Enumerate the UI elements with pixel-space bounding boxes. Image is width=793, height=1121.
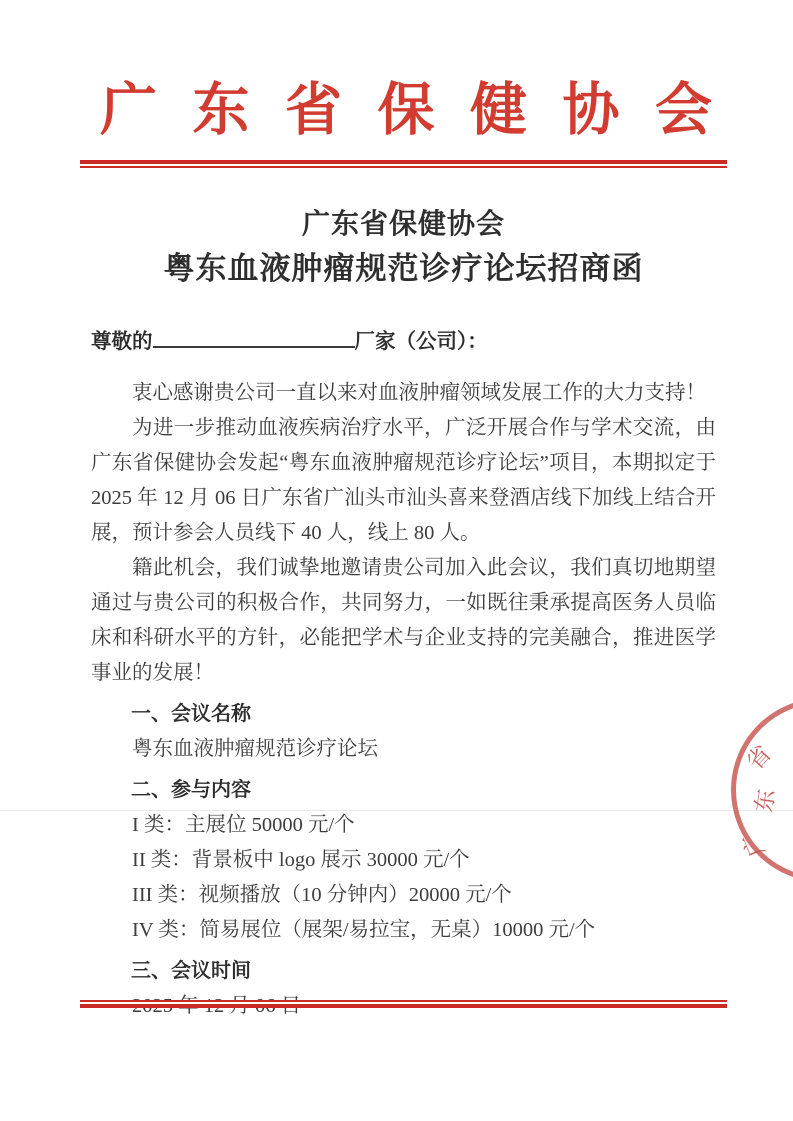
document-title: 广东省保健协会 粤东血液肿瘤规范诊疗论坛招商函 bbox=[91, 204, 716, 292]
org-name-char: 东 bbox=[193, 78, 250, 144]
rule-thick-line bbox=[80, 1004, 727, 1008]
section2-heading: 二、参与内容 bbox=[91, 773, 716, 808]
scan-artifact-line bbox=[0, 810, 793, 811]
section1-heading: 一、会议名称 bbox=[91, 697, 716, 732]
paragraph-event-intro: 为进一步推动血液疾病治疗水平，广泛开展合作与学术交流，由广东省保健协会发起“粤东… bbox=[91, 411, 716, 551]
paragraph-invitation: 籍此机会，我们诚挚地邀请贵公司加入此会议，我们真切地期望通过与贵公司的积极合作，… bbox=[91, 551, 716, 691]
document-title-line1: 广东省保健协会 bbox=[91, 204, 716, 246]
org-name-char: 省 bbox=[285, 78, 342, 144]
letter-body: 衷心感谢贵公司一直以来对血液肿瘤领域发展工作的大力支持！ 为进一步推动血液疾病治… bbox=[91, 376, 716, 1024]
sponsor-tier-item: IV 类：简易展位（展架/易拉宝，无桌）10000 元/个 bbox=[91, 913, 716, 948]
sponsor-tier-item: III 类：视频播放（10 分钟内）20000 元/个 bbox=[91, 878, 716, 913]
seal-character: 东 bbox=[746, 787, 782, 814]
salutation: 尊敬的厂家（公司）： bbox=[91, 326, 731, 357]
sponsor-tier-item: I 类：主展位 50000 元/个 bbox=[91, 808, 716, 843]
sponsor-tier-item: II 类：背景板中 logo 展示 30000 元/个 bbox=[91, 843, 716, 878]
letterhead-rule bbox=[80, 160, 727, 168]
letterhead-org-name: 广 东 省 保 健 协 会 bbox=[100, 78, 712, 144]
org-name-char: 保 bbox=[378, 78, 435, 144]
salutation-suffix: 厂家（公司）： bbox=[355, 331, 488, 353]
paragraph-thanks: 衷心感谢贵公司一直以来对血液肿瘤领域发展工作的大力支持！ bbox=[91, 376, 716, 411]
org-name-char: 协 bbox=[563, 78, 620, 144]
company-name-blank bbox=[153, 326, 355, 348]
scanned-letter-page: 广 东 省 保 健 协 会 广东省保健协会 粤东血液肿瘤规范诊疗论坛招商函 尊敬… bbox=[0, 0, 793, 1121]
section1-content: 粤东血液肿瘤规范诊疗论坛 bbox=[91, 732, 716, 767]
section3-heading: 三、会议时间 bbox=[91, 954, 716, 989]
org-name-char: 健 bbox=[470, 78, 527, 144]
salutation-prefix: 尊敬的 bbox=[91, 331, 153, 353]
rule-thin-line bbox=[80, 166, 727, 168]
document-title-line2: 粤东血液肿瘤规范诊疗论坛招商函 bbox=[91, 246, 716, 292]
footer-rule bbox=[80, 1000, 727, 1008]
org-name-char: 广 bbox=[100, 78, 157, 144]
org-name-char: 会 bbox=[655, 78, 712, 144]
